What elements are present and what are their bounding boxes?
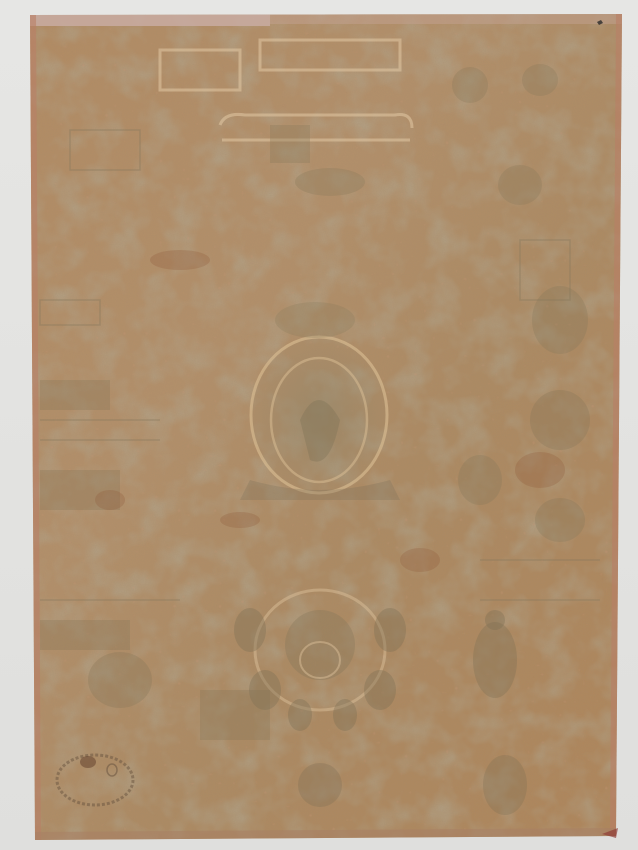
- textile-illustration: [0, 0, 638, 850]
- top-mounting-strip: [30, 14, 270, 26]
- painted-textile: [0, 0, 638, 850]
